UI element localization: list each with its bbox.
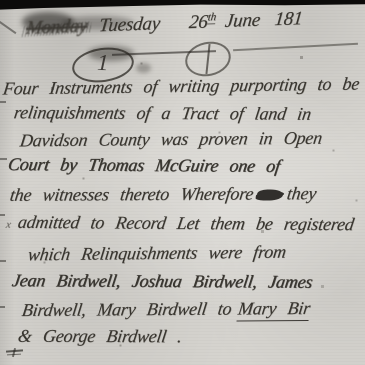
manuscript-line: which Relinquishments were from xyxy=(28,242,286,266)
manuscript-line: the witnesses thereto Whereforethey xyxy=(10,183,317,206)
date-number: 26 xyxy=(188,12,209,35)
scan-edge-strip xyxy=(0,0,365,10)
month-year: June 181 xyxy=(224,8,304,33)
line-text: Court by Thomas McGuire one of xyxy=(6,154,281,177)
edge-mark xyxy=(0,20,16,34)
slash-stroke xyxy=(205,44,210,74)
line-text: & George Birdwell . xyxy=(16,326,183,348)
oval-slash-mark xyxy=(182,38,234,81)
manuscript-line: Birdwell, Mary Birdwell toMary Bir xyxy=(22,298,310,323)
manuscript-line: Court by Thomas McGuire one of xyxy=(8,154,280,177)
margin-tick: x xyxy=(5,219,11,231)
line-text: the witnesses thereto Wherefore xyxy=(9,184,255,206)
line-text: Jean Birdwell, Joshua Birdwell, James xyxy=(10,270,313,293)
manuscript-line: & George Birdwell . xyxy=(18,326,182,348)
manuscript-line: Jean Birdwell, Joshua Birdwell, James xyxy=(12,270,312,293)
struck-day-word: Monday xyxy=(25,16,88,40)
underlined-name: Mary Bir xyxy=(237,298,312,322)
edge-mark xyxy=(0,260,6,262)
line-text: which Relinquishments were from xyxy=(27,242,288,266)
manuscript-line: relinquishments of a Tract of land in xyxy=(14,102,311,125)
edge-mark xyxy=(0,101,6,103)
circled-number: 1 xyxy=(97,50,109,76)
line-text: admitted to Record Let them be registere… xyxy=(16,212,355,235)
date-ordinal: th xyxy=(207,11,217,24)
edge-mark xyxy=(0,306,5,308)
paper-speckles xyxy=(0,0,1,1)
manuscript-page: MondayTuesday 26thJune 181 1 Four Instru… xyxy=(0,0,365,365)
edge-mark xyxy=(0,214,5,216)
edge-mark xyxy=(0,158,7,160)
manuscript-line: xadmitted to Record Let them be register… xyxy=(6,212,354,235)
pen-flourish xyxy=(233,43,358,51)
date-header-line: MondayTuesday 26thJune 181 xyxy=(26,8,303,40)
day-word: Tuesday xyxy=(98,13,161,37)
line-text: Davidson County was proven in Open xyxy=(19,128,324,152)
manuscript-line: Davidson County was proven in Open xyxy=(20,128,322,152)
ink-spot xyxy=(136,63,151,73)
ink-blot xyxy=(257,190,284,201)
line-text: they xyxy=(286,183,318,204)
line-text: relinquishments of a Tract of land in xyxy=(12,102,312,125)
line-text: Birdwell, Mary Birdwell to xyxy=(21,299,233,321)
line-text: Four Instruments of writing purporting t… xyxy=(2,73,361,99)
manuscript-line: Four Instruments of writing purporting t… xyxy=(3,74,359,100)
